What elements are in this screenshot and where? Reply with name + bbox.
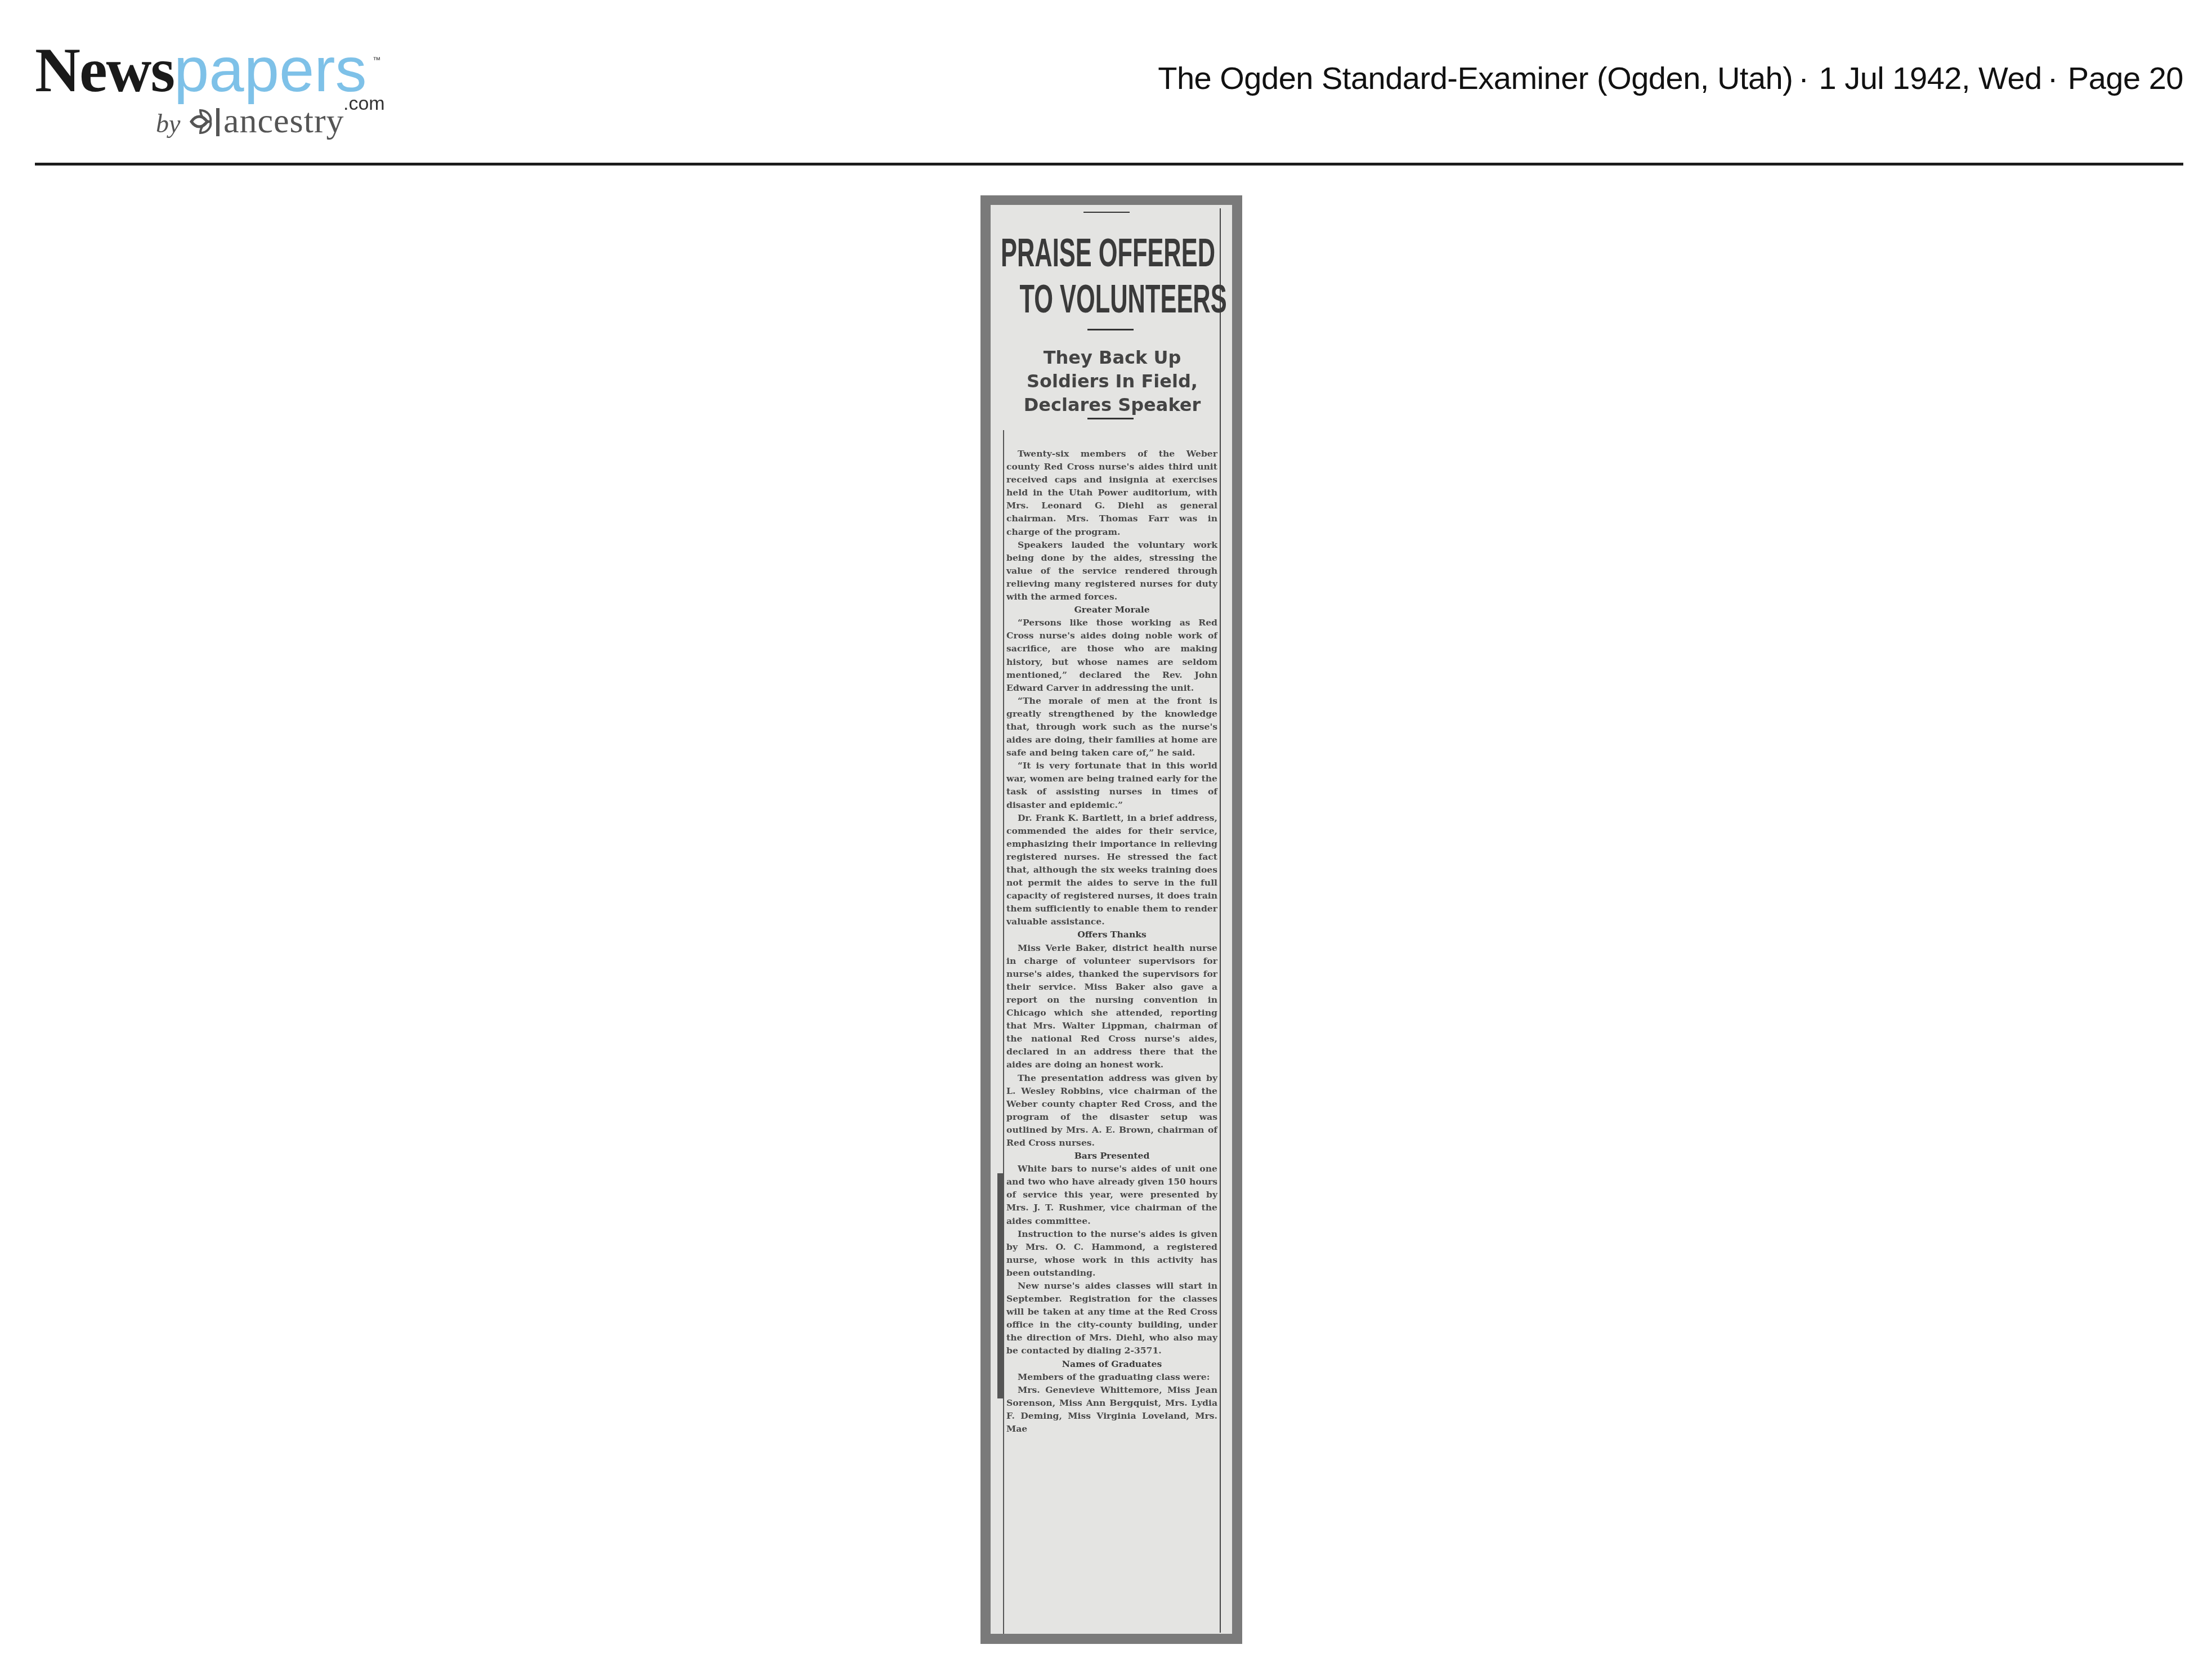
paragraph: New nurse's aides classes will start in …: [1006, 1279, 1217, 1357]
logo-wordmark: Newspapers: [35, 38, 367, 102]
logo-papers-text: papers: [174, 34, 366, 105]
paragraph: Members of the graduating class were:: [1006, 1370, 1217, 1383]
adjacent-column-bar: [997, 1173, 1003, 1398]
article-headline: PRAISE OFFERED TO VOLUNTEERS: [1001, 230, 1137, 322]
newspapers-logo[interactable]: Newspapers ™ .com by ancestry: [35, 38, 384, 140]
clipping-image: PRAISE OFFERED TO VOLUNTEERS They Back U…: [991, 205, 1232, 1634]
section-subhead: Names of Graduates: [1006, 1357, 1217, 1370]
page-number: Page 20: [2068, 60, 2183, 96]
article-body: Twenty-six members of the Weber county R…: [1006, 447, 1217, 1435]
subheadline-rule: [1087, 418, 1134, 419]
logo-ancestry-text: ancestry: [223, 101, 344, 141]
trademark-symbol: ™: [373, 55, 380, 64]
publication-date: 1 Jul 1942, Wed: [1819, 60, 2042, 96]
paragraph: Mrs. Genevieve Whittemore, Miss Jean Sor…: [1006, 1383, 1217, 1435]
paragraph: “Persons like those working as Red Cross…: [1006, 616, 1217, 694]
paragraph: Dr. Frank K. Bartlett, in a brief addres…: [1006, 811, 1217, 928]
logo-by-text: by: [156, 109, 180, 138]
logo-news-text: News: [35, 35, 174, 105]
column-divider-right: [1220, 208, 1221, 1633]
publication-name: The Ogden Standard-Examiner (Ogden, Utah…: [1158, 60, 1793, 96]
page-citation: The Ogden Standard-Examiner (Ogden, Utah…: [1158, 60, 2183, 96]
article-subheadline: They Back Up Soldiers In Field, Declares…: [1002, 346, 1223, 417]
column-divider-left: [1003, 430, 1004, 1634]
headline-line-2: TO VOLUNTEERS: [1001, 276, 1137, 322]
paragraph: Speakers lauded the voluntary work being…: [1006, 538, 1217, 603]
column-top-rule: [1083, 212, 1130, 213]
paragraph: The presentation address was given by L.…: [1006, 1071, 1217, 1150]
paragraph: Miss Verle Baker, district health nurse …: [1006, 941, 1217, 1071]
paragraph: Twenty-six members of the Weber county R…: [1006, 447, 1217, 538]
paragraph: Instruction to the nurse's aides is give…: [1006, 1227, 1217, 1279]
ancestry-leaf-icon: [188, 106, 222, 137]
headline-line-1: PRAISE OFFERED: [1001, 230, 1137, 276]
paragraph: “The morale of men at the front is great…: [1006, 694, 1217, 759]
section-subhead: Offers Thanks: [1006, 928, 1217, 941]
section-subhead: Bars Presented: [1006, 1149, 1217, 1162]
logo-domain-suffix: .com: [343, 93, 385, 115]
paragraph: White bars to nurse's aides of unit one …: [1006, 1162, 1217, 1227]
separator-dot: ·: [1798, 60, 1808, 96]
header-divider: [35, 163, 2183, 166]
headline-rule: [1087, 329, 1134, 330]
clipping-frame[interactable]: PRAISE OFFERED TO VOLUNTEERS They Back U…: [980, 195, 1242, 1644]
section-subhead: Greater Morale: [1006, 603, 1217, 616]
separator-dot: ·: [2048, 60, 2058, 96]
paragraph: “It is very fortunate that in this world…: [1006, 759, 1217, 811]
